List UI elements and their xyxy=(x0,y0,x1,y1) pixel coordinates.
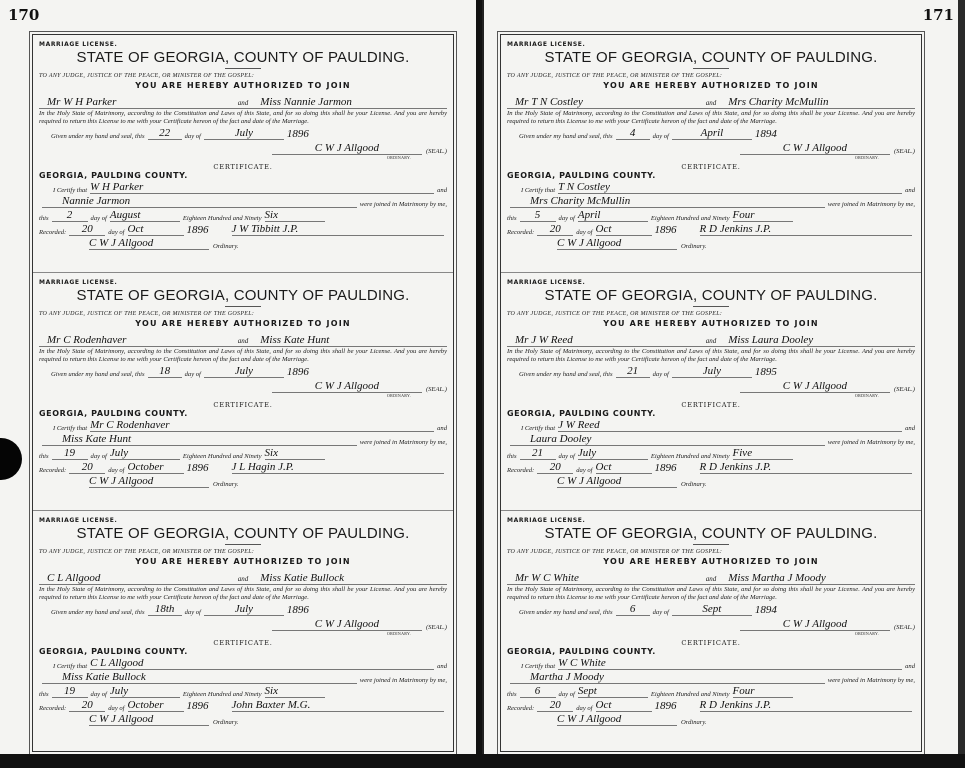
day-of-label: day of xyxy=(653,133,669,140)
right-page: 171 MARRIAGE LICENSE. STATE OF GEORGIA, … xyxy=(482,0,960,768)
given-label: Given under my hand and seal, this xyxy=(519,609,613,616)
seal-row: C W J Allgood (SEAL.) xyxy=(507,140,915,155)
certificate-heading: CERTIFICATE. xyxy=(507,401,915,409)
license-day: 21 xyxy=(616,365,650,378)
marriage-license-label: MARRIAGE LICENSE. xyxy=(507,35,915,48)
recorded-ordinary-line: C W J Allgood Ordinary. xyxy=(557,236,915,250)
license-body-text: In the Holy State of Matrimony, accordin… xyxy=(507,586,915,603)
ordinary-signature: C W J Allgood xyxy=(740,380,890,393)
day-of-label: day of xyxy=(185,371,201,378)
license-day: 6 xyxy=(616,603,650,616)
married-year-word: Six xyxy=(265,209,325,222)
license-body-text: In the Holy State of Matrimony, accordin… xyxy=(507,110,915,127)
recorded-ordinary: C W J Allgood xyxy=(557,713,677,726)
certificate-heading: CERTIFICATE. xyxy=(39,639,447,647)
county-heading: GEORGIA, PAULDING COUNTY. xyxy=(39,409,447,418)
certify-line: I Certify that Mr C Rodenhaver and xyxy=(53,418,447,432)
ordinary-label-small: ORDINARY. xyxy=(507,393,879,398)
groom-name: C L Allgood xyxy=(39,572,234,584)
recorded-ordinary: C W J Allgood xyxy=(89,237,209,250)
county-heading: GEORGIA, PAULDING COUNTY. xyxy=(507,171,915,180)
cert-bride: Laura Dooley xyxy=(510,433,825,446)
certify-label: I Certify that xyxy=(53,187,87,194)
marriage-date-line: this 2 day of August Eighteen Hundred an… xyxy=(39,208,447,222)
and-label: and xyxy=(238,575,249,583)
cert-bride: Mrs Charity McMullin xyxy=(510,195,825,208)
cert-bride: Nannie Jarmon xyxy=(42,195,357,208)
certify-label: I Certify that xyxy=(521,425,555,432)
certify-line: I Certify that C L Allgood and xyxy=(53,656,447,670)
couple-line: C L Allgood and Miss Katie Bullock xyxy=(39,570,447,585)
authorized-heading: YOU ARE HEREBY AUTHORIZED TO JOIN xyxy=(39,557,447,566)
license-body-text: In the Holy State of Matrimony, accordin… xyxy=(507,348,915,365)
seal-label: (SEAL.) xyxy=(894,148,915,155)
state-heading: STATE OF GEORGIA, COUNTY OF PAULDING. xyxy=(39,525,447,542)
officiant-signature: R D Jenkins J.P. xyxy=(700,699,912,712)
groom-name: Mr J W Reed xyxy=(507,334,702,346)
license-day: 4 xyxy=(616,127,650,140)
marriage-record: MARRIAGE LICENSE. STATE OF GEORGIA, COUN… xyxy=(501,511,921,749)
ordinary-signature: C W J Allgood xyxy=(272,142,422,155)
and-label: and xyxy=(706,99,717,107)
day-of-label: day of xyxy=(108,467,124,474)
county-heading: GEORGIA, PAULDING COUNTY. xyxy=(39,647,447,656)
authorized-heading: YOU ARE HEREBY AUTHORIZED TO JOIN xyxy=(39,81,447,90)
recorded-month: October xyxy=(128,699,184,712)
joined-label: were joined in Matrimony by me, xyxy=(360,439,447,446)
recorded-line: Recorded: 20 day of Oct 1896 R D Jenkins… xyxy=(507,222,915,236)
day-of-label: day of xyxy=(108,229,124,236)
cert-groom: T N Costley xyxy=(558,181,902,194)
joined-label: were joined in Matrimony by me, xyxy=(828,439,915,446)
given-label: Given under my hand and seal, this xyxy=(519,133,613,140)
joined-line: Nannie Jarmon were joined in Matrimony b… xyxy=(39,194,447,208)
married-year-word: Five xyxy=(733,447,793,460)
authorized-heading: YOU ARE HEREBY AUTHORIZED TO JOIN xyxy=(39,319,447,328)
married-month: August xyxy=(110,209,180,222)
day-of-label: day of xyxy=(185,609,201,616)
married-year-word: Four xyxy=(733,685,793,698)
certify-line: I Certify that W H Parker and xyxy=(53,180,447,194)
certificate-heading: CERTIFICATE. xyxy=(507,163,915,171)
day-of-label: day of xyxy=(653,371,669,378)
recorded-ordinary: C W J Allgood xyxy=(89,475,209,488)
page-edge xyxy=(958,0,965,768)
married-day: 6 xyxy=(520,685,556,698)
license-month: July xyxy=(204,365,284,378)
ordinary-label-small: ORDINARY. xyxy=(507,155,879,160)
marriage-record: MARRIAGE LICENSE. STATE OF GEORGIA, COUN… xyxy=(33,273,453,511)
seal-row: C W J Allgood (SEAL.) xyxy=(39,378,447,393)
license-body-text: In the Holy State of Matrimony, accordin… xyxy=(39,586,447,603)
given-line: Given under my hand and seal, this 18 da… xyxy=(51,365,447,378)
and-label: and xyxy=(437,663,447,670)
recorded-year: 1896 xyxy=(187,462,209,474)
certify-line: I Certify that J W Reed and xyxy=(521,418,915,432)
seal-label: (SEAL.) xyxy=(894,386,915,393)
officiant-signature: R D Jenkins J.P. xyxy=(700,223,912,236)
seal-row: C W J Allgood (SEAL.) xyxy=(39,140,447,155)
state-heading: STATE OF GEORGIA, COUNTY OF PAULDING. xyxy=(39,49,447,66)
recorded-line: Recorded: 20 day of Oct 1896 R D Jenkins… xyxy=(507,460,915,474)
day-of-label: day of xyxy=(91,453,107,460)
ornament-divider xyxy=(693,544,729,545)
recorded-label: Recorded: xyxy=(39,467,66,474)
this-label: this xyxy=(39,691,49,698)
seal-label: (SEAL.) xyxy=(894,624,915,631)
couple-line: Mr J W Reed and Miss Laura Dooley xyxy=(507,332,915,347)
recorded-ordinary: C W J Allgood xyxy=(89,713,209,726)
groom-name: Mr W H Parker xyxy=(39,96,234,108)
marriage-date-line: this 5 day of April Eighteen Hundred and… xyxy=(507,208,915,222)
seal-row: C W J Allgood (SEAL.) xyxy=(39,616,447,631)
certificate-heading: CERTIFICATE. xyxy=(39,163,447,171)
recorded-ordinary-line: C W J Allgood Ordinary. xyxy=(89,712,447,726)
day-of-label: day of xyxy=(185,133,201,140)
given-line: Given under my hand and seal, this 21 da… xyxy=(519,365,915,378)
bride-name: Mrs Charity McMullin xyxy=(720,96,915,108)
seal-row: C W J Allgood (SEAL.) xyxy=(507,378,915,393)
married-day: 2 xyxy=(52,209,88,222)
joined-label: were joined in Matrimony by me, xyxy=(360,677,447,684)
authorized-heading: YOU ARE HEREBY AUTHORIZED TO JOIN xyxy=(507,557,915,566)
marriage-record: MARRIAGE LICENSE. STATE OF GEORGIA, COUN… xyxy=(33,511,453,749)
this-label: this xyxy=(507,453,517,460)
and-label: and xyxy=(706,337,717,345)
bride-name: Miss Laura Dooley xyxy=(720,334,915,346)
certify-line: I Certify that T N Costley and xyxy=(521,180,915,194)
married-year-word: Six xyxy=(265,447,325,460)
bride-name: Miss Martha J Moody xyxy=(720,572,915,584)
recorded-line: Recorded: 20 day of October 1896 John Ba… xyxy=(39,698,447,712)
county-heading: GEORGIA, PAULDING COUNTY. xyxy=(507,647,915,656)
and-label: and xyxy=(706,575,717,583)
cert-bride: Martha J Moody xyxy=(510,671,825,684)
day-of-label: day of xyxy=(91,691,107,698)
recorded-label: Recorded: xyxy=(507,705,534,712)
state-heading: STATE OF GEORGIA, COUNTY OF PAULDING. xyxy=(39,287,447,304)
and-label: and xyxy=(437,425,447,432)
seal-label: (SEAL.) xyxy=(426,148,447,155)
state-heading: STATE OF GEORGIA, COUNTY OF PAULDING. xyxy=(507,287,915,304)
county-heading: GEORGIA, PAULDING COUNTY. xyxy=(39,171,447,180)
recorded-year: 1896 xyxy=(655,462,677,474)
license-year: 1896 xyxy=(287,366,309,378)
given-line: Given under my hand and seal, this 22 da… xyxy=(51,127,447,140)
groom-name: Mr T N Costley xyxy=(507,96,702,108)
recorded-month: October xyxy=(128,461,184,474)
couple-line: Mr C Rodenhaver and Miss Kate Hunt xyxy=(39,332,447,347)
eighteen-label: Eighteen Hundred and Ninety xyxy=(651,691,730,698)
license-month: July xyxy=(672,365,752,378)
license-body-text: In the Holy State of Matrimony, accordin… xyxy=(39,348,447,365)
salutation: TO ANY JUDGE, JUSTICE OF THE PEACE, OR M… xyxy=(39,311,447,317)
seal-label: (SEAL.) xyxy=(426,386,447,393)
certify-line: I Certify that W C White and xyxy=(521,656,915,670)
recorded-month: Oct xyxy=(596,223,652,236)
recorded-day: 20 xyxy=(537,223,573,236)
recorded-line: Recorded: 20 day of Oct 1896 R D Jenkins… xyxy=(507,698,915,712)
this-label: this xyxy=(39,215,49,222)
given-label: Given under my hand and seal, this xyxy=(51,133,145,140)
marriage-record: MARRIAGE LICENSE. STATE OF GEORGIA, COUN… xyxy=(501,273,921,511)
ordinary-label-small: ORDINARY. xyxy=(39,155,411,160)
scan-bottom-edge xyxy=(0,754,965,768)
certify-label: I Certify that xyxy=(53,425,87,432)
officiant-signature: J W Tibbitt J.P. xyxy=(232,223,444,236)
ordinary-label-small: ORDINARY. xyxy=(39,631,411,636)
bride-name: Miss Nannie Jarmon xyxy=(252,96,447,108)
joined-line: Miss Kate Hunt were joined in Matrimony … xyxy=(39,432,447,446)
officiant-signature: R D Jenkins J.P. xyxy=(700,461,912,474)
ordinary-signature: C W J Allgood xyxy=(272,380,422,393)
ordinary-label: Ordinary. xyxy=(681,481,707,488)
joined-line: Miss Katie Bullock were joined in Matrim… xyxy=(39,670,447,684)
and-label: and xyxy=(238,337,249,345)
married-month: July xyxy=(110,447,180,460)
day-of-label: day of xyxy=(559,453,575,460)
cert-bride: Miss Kate Hunt xyxy=(42,433,357,446)
this-label: this xyxy=(507,691,517,698)
salutation: TO ANY JUDGE, JUSTICE OF THE PEACE, OR M… xyxy=(507,549,915,555)
recorded-ordinary-line: C W J Allgood Ordinary. xyxy=(557,474,915,488)
day-of-label: day of xyxy=(559,215,575,222)
license-day: 18th xyxy=(148,603,182,616)
cert-groom: C L Allgood xyxy=(90,657,434,670)
ordinary-label-small: ORDINARY. xyxy=(39,393,411,398)
married-month: July xyxy=(110,685,180,698)
day-of-label: day of xyxy=(91,215,107,222)
salutation: TO ANY JUDGE, JUSTICE OF THE PEACE, OR M… xyxy=(39,549,447,555)
day-of-label: day of xyxy=(653,609,669,616)
state-heading: STATE OF GEORGIA, COUNTY OF PAULDING. xyxy=(507,525,915,542)
recorded-line: Recorded: 20 day of October 1896 J L Hag… xyxy=(39,460,447,474)
day-of-label: day of xyxy=(576,467,592,474)
license-year: 1894 xyxy=(755,604,777,616)
given-label: Given under my hand and seal, this xyxy=(519,371,613,378)
recorded-month: Oct xyxy=(596,699,652,712)
ordinary-signature: C W J Allgood xyxy=(740,142,890,155)
license-day: 22 xyxy=(148,127,182,140)
married-month: April xyxy=(578,209,648,222)
and-label: and xyxy=(905,187,915,194)
ordinary-signature: C W J Allgood xyxy=(740,618,890,631)
this-label: this xyxy=(507,215,517,222)
married-year-word: Six xyxy=(265,685,325,698)
married-year-word: Four xyxy=(733,209,793,222)
day-of-label: day of xyxy=(559,691,575,698)
license-month: Sept xyxy=(672,603,752,616)
recorded-ordinary-line: C W J Allgood Ordinary. xyxy=(89,474,447,488)
married-day: 5 xyxy=(520,209,556,222)
ordinary-label: Ordinary. xyxy=(681,243,707,250)
cert-groom: W C White xyxy=(558,657,902,670)
bride-name: Miss Kate Hunt xyxy=(252,334,447,346)
certify-label: I Certify that xyxy=(53,663,87,670)
salutation: TO ANY JUDGE, JUSTICE OF THE PEACE, OR M… xyxy=(507,73,915,79)
and-label: and xyxy=(905,663,915,670)
ordinary-signature: C W J Allgood xyxy=(272,618,422,631)
recorded-month: Oct xyxy=(596,461,652,474)
couple-line: Mr W C White and Miss Martha J Moody xyxy=(507,570,915,585)
recorded-day: 20 xyxy=(537,461,573,474)
recorded-label: Recorded: xyxy=(39,229,66,236)
eighteen-label: Eighteen Hundred and Ninety xyxy=(183,691,262,698)
married-month: July xyxy=(578,447,648,460)
ornament-divider xyxy=(225,544,261,545)
day-of-label: day of xyxy=(108,705,124,712)
marriage-license-label: MARRIAGE LICENSE. xyxy=(39,511,447,524)
recorded-day: 20 xyxy=(537,699,573,712)
this-label: this xyxy=(39,453,49,460)
page-number: 170 xyxy=(8,6,39,24)
day-of-label: day of xyxy=(576,229,592,236)
married-day: 21 xyxy=(520,447,556,460)
authorized-heading: YOU ARE HEREBY AUTHORIZED TO JOIN xyxy=(507,81,915,90)
recorded-month: Oct xyxy=(128,223,184,236)
groom-name: Mr W C White xyxy=(507,572,702,584)
bride-name: Miss Katie Bullock xyxy=(252,572,447,584)
ordinary-label: Ordinary. xyxy=(213,243,239,250)
seal-label: (SEAL.) xyxy=(426,624,447,631)
left-page: 170 MARRIAGE LICENSE. STATE OF GEORGIA, … xyxy=(0,0,480,768)
marriage-record: MARRIAGE LICENSE. STATE OF GEORGIA, COUN… xyxy=(501,35,921,273)
certify-label: I Certify that xyxy=(521,663,555,670)
recorded-line: Recorded: 20 day of Oct 1896 J W Tibbitt… xyxy=(39,222,447,236)
license-day: 18 xyxy=(148,365,182,378)
recorded-day: 20 xyxy=(69,223,105,236)
recorded-day: 20 xyxy=(69,461,105,474)
ornament-divider xyxy=(693,68,729,69)
couple-line: Mr T N Costley and Mrs Charity McMullin xyxy=(507,94,915,109)
salutation: TO ANY JUDGE, JUSTICE OF THE PEACE, OR M… xyxy=(39,73,447,79)
eighteen-label: Eighteen Hundred and Ninety xyxy=(651,215,730,222)
given-label: Given under my hand and seal, this xyxy=(51,371,145,378)
ordinary-label: Ordinary. xyxy=(681,719,707,726)
and-label: and xyxy=(905,425,915,432)
marriage-date-line: this 19 day of July Eighteen Hundred and… xyxy=(39,684,447,698)
officiant-signature: J L Hagin J.P. xyxy=(232,461,444,474)
cert-groom: Mr C Rodenhaver xyxy=(90,419,434,432)
recorded-ordinary-line: C W J Allgood Ordinary. xyxy=(557,712,915,726)
recorded-label: Recorded: xyxy=(39,705,66,712)
recorded-year: 1896 xyxy=(655,224,677,236)
joined-label: were joined in Matrimony by me, xyxy=(828,201,915,208)
license-year: 1894 xyxy=(755,128,777,140)
marriage-date-line: this 6 day of Sept Eighteen Hundred and … xyxy=(507,684,915,698)
license-frame: MARRIAGE LICENSE. STATE OF GEORGIA, COUN… xyxy=(500,34,922,752)
marriage-license-label: MARRIAGE LICENSE. xyxy=(39,35,447,48)
license-month: July xyxy=(204,603,284,616)
salutation: TO ANY JUDGE, JUSTICE OF THE PEACE, OR M… xyxy=(507,311,915,317)
joined-label: were joined in Matrimony by me, xyxy=(360,201,447,208)
binding-tab-icon xyxy=(0,438,22,480)
given-line: Given under my hand and seal, this 4 day… xyxy=(519,127,915,140)
and-label: and xyxy=(238,99,249,107)
license-year: 1896 xyxy=(287,604,309,616)
couple-line: Mr W H Parker and Miss Nannie Jarmon xyxy=(39,94,447,109)
recorded-ordinary: C W J Allgood xyxy=(557,475,677,488)
cert-groom: J W Reed xyxy=(558,419,902,432)
ordinary-label: Ordinary. xyxy=(213,481,239,488)
license-year: 1895 xyxy=(755,366,777,378)
recorded-ordinary: C W J Allgood xyxy=(557,237,677,250)
authorized-heading: YOU ARE HEREBY AUTHORIZED TO JOIN xyxy=(507,319,915,328)
marriage-license-label: MARRIAGE LICENSE. xyxy=(39,273,447,286)
page-number: 171 xyxy=(923,6,954,24)
given-line: Given under my hand and seal, this 18th … xyxy=(51,603,447,616)
cert-bride: Miss Katie Bullock xyxy=(42,671,357,684)
given-line: Given under my hand and seal, this 6 day… xyxy=(519,603,915,616)
certificate-heading: CERTIFICATE. xyxy=(507,639,915,647)
marriage-date-line: this 21 day of July Eighteen Hundred and… xyxy=(507,446,915,460)
ornament-divider xyxy=(225,306,261,307)
groom-name: Mr C Rodenhaver xyxy=(39,334,234,346)
ornament-divider xyxy=(693,306,729,307)
marriage-license-label: MARRIAGE LICENSE. xyxy=(507,511,915,524)
recorded-ordinary-line: C W J Allgood Ordinary. xyxy=(89,236,447,250)
ornament-divider xyxy=(225,68,261,69)
and-label: and xyxy=(437,187,447,194)
recorded-label: Recorded: xyxy=(507,467,534,474)
recorded-year: 1896 xyxy=(655,700,677,712)
day-of-label: day of xyxy=(576,705,592,712)
county-heading: GEORGIA, PAULDING COUNTY. xyxy=(507,409,915,418)
officiant-signature: John Baxter M.G. xyxy=(232,699,444,712)
eighteen-label: Eighteen Hundred and Ninety xyxy=(183,453,262,460)
eighteen-label: Eighteen Hundred and Ninety xyxy=(183,215,262,222)
given-label: Given under my hand and seal, this xyxy=(51,609,145,616)
married-day: 19 xyxy=(52,685,88,698)
marriage-license-label: MARRIAGE LICENSE. xyxy=(507,273,915,286)
ordinary-label-small: ORDINARY. xyxy=(507,631,879,636)
joined-line: Laura Dooley were joined in Matrimony by… xyxy=(507,432,915,446)
joined-label: were joined in Matrimony by me, xyxy=(828,677,915,684)
license-year: 1896 xyxy=(287,128,309,140)
state-heading: STATE OF GEORGIA, COUNTY OF PAULDING. xyxy=(507,49,915,66)
license-body-text: In the Holy State of Matrimony, accordin… xyxy=(39,110,447,127)
license-month: July xyxy=(204,127,284,140)
joined-line: Martha J Moody were joined in Matrimony … xyxy=(507,670,915,684)
cert-groom: W H Parker xyxy=(90,181,434,194)
marriage-record: MARRIAGE LICENSE. STATE OF GEORGIA, COUN… xyxy=(33,35,453,273)
joined-line: Mrs Charity McMullin were joined in Matr… xyxy=(507,194,915,208)
marriage-date-line: this 19 day of July Eighteen Hundred and… xyxy=(39,446,447,460)
recorded-day: 20 xyxy=(69,699,105,712)
seal-row: C W J Allgood (SEAL.) xyxy=(507,616,915,631)
recorded-year: 1896 xyxy=(187,700,209,712)
eighteen-label: Eighteen Hundred and Ninety xyxy=(651,453,730,460)
married-day: 19 xyxy=(52,447,88,460)
license-month: April xyxy=(672,127,752,140)
married-month: Sept xyxy=(578,685,648,698)
ordinary-label: Ordinary. xyxy=(213,719,239,726)
recorded-year: 1896 xyxy=(187,224,209,236)
recorded-label: Recorded: xyxy=(507,229,534,236)
certify-label: I Certify that xyxy=(521,187,555,194)
license-frame: MARRIAGE LICENSE. STATE OF GEORGIA, COUN… xyxy=(32,34,454,752)
certificate-heading: CERTIFICATE. xyxy=(39,401,447,409)
